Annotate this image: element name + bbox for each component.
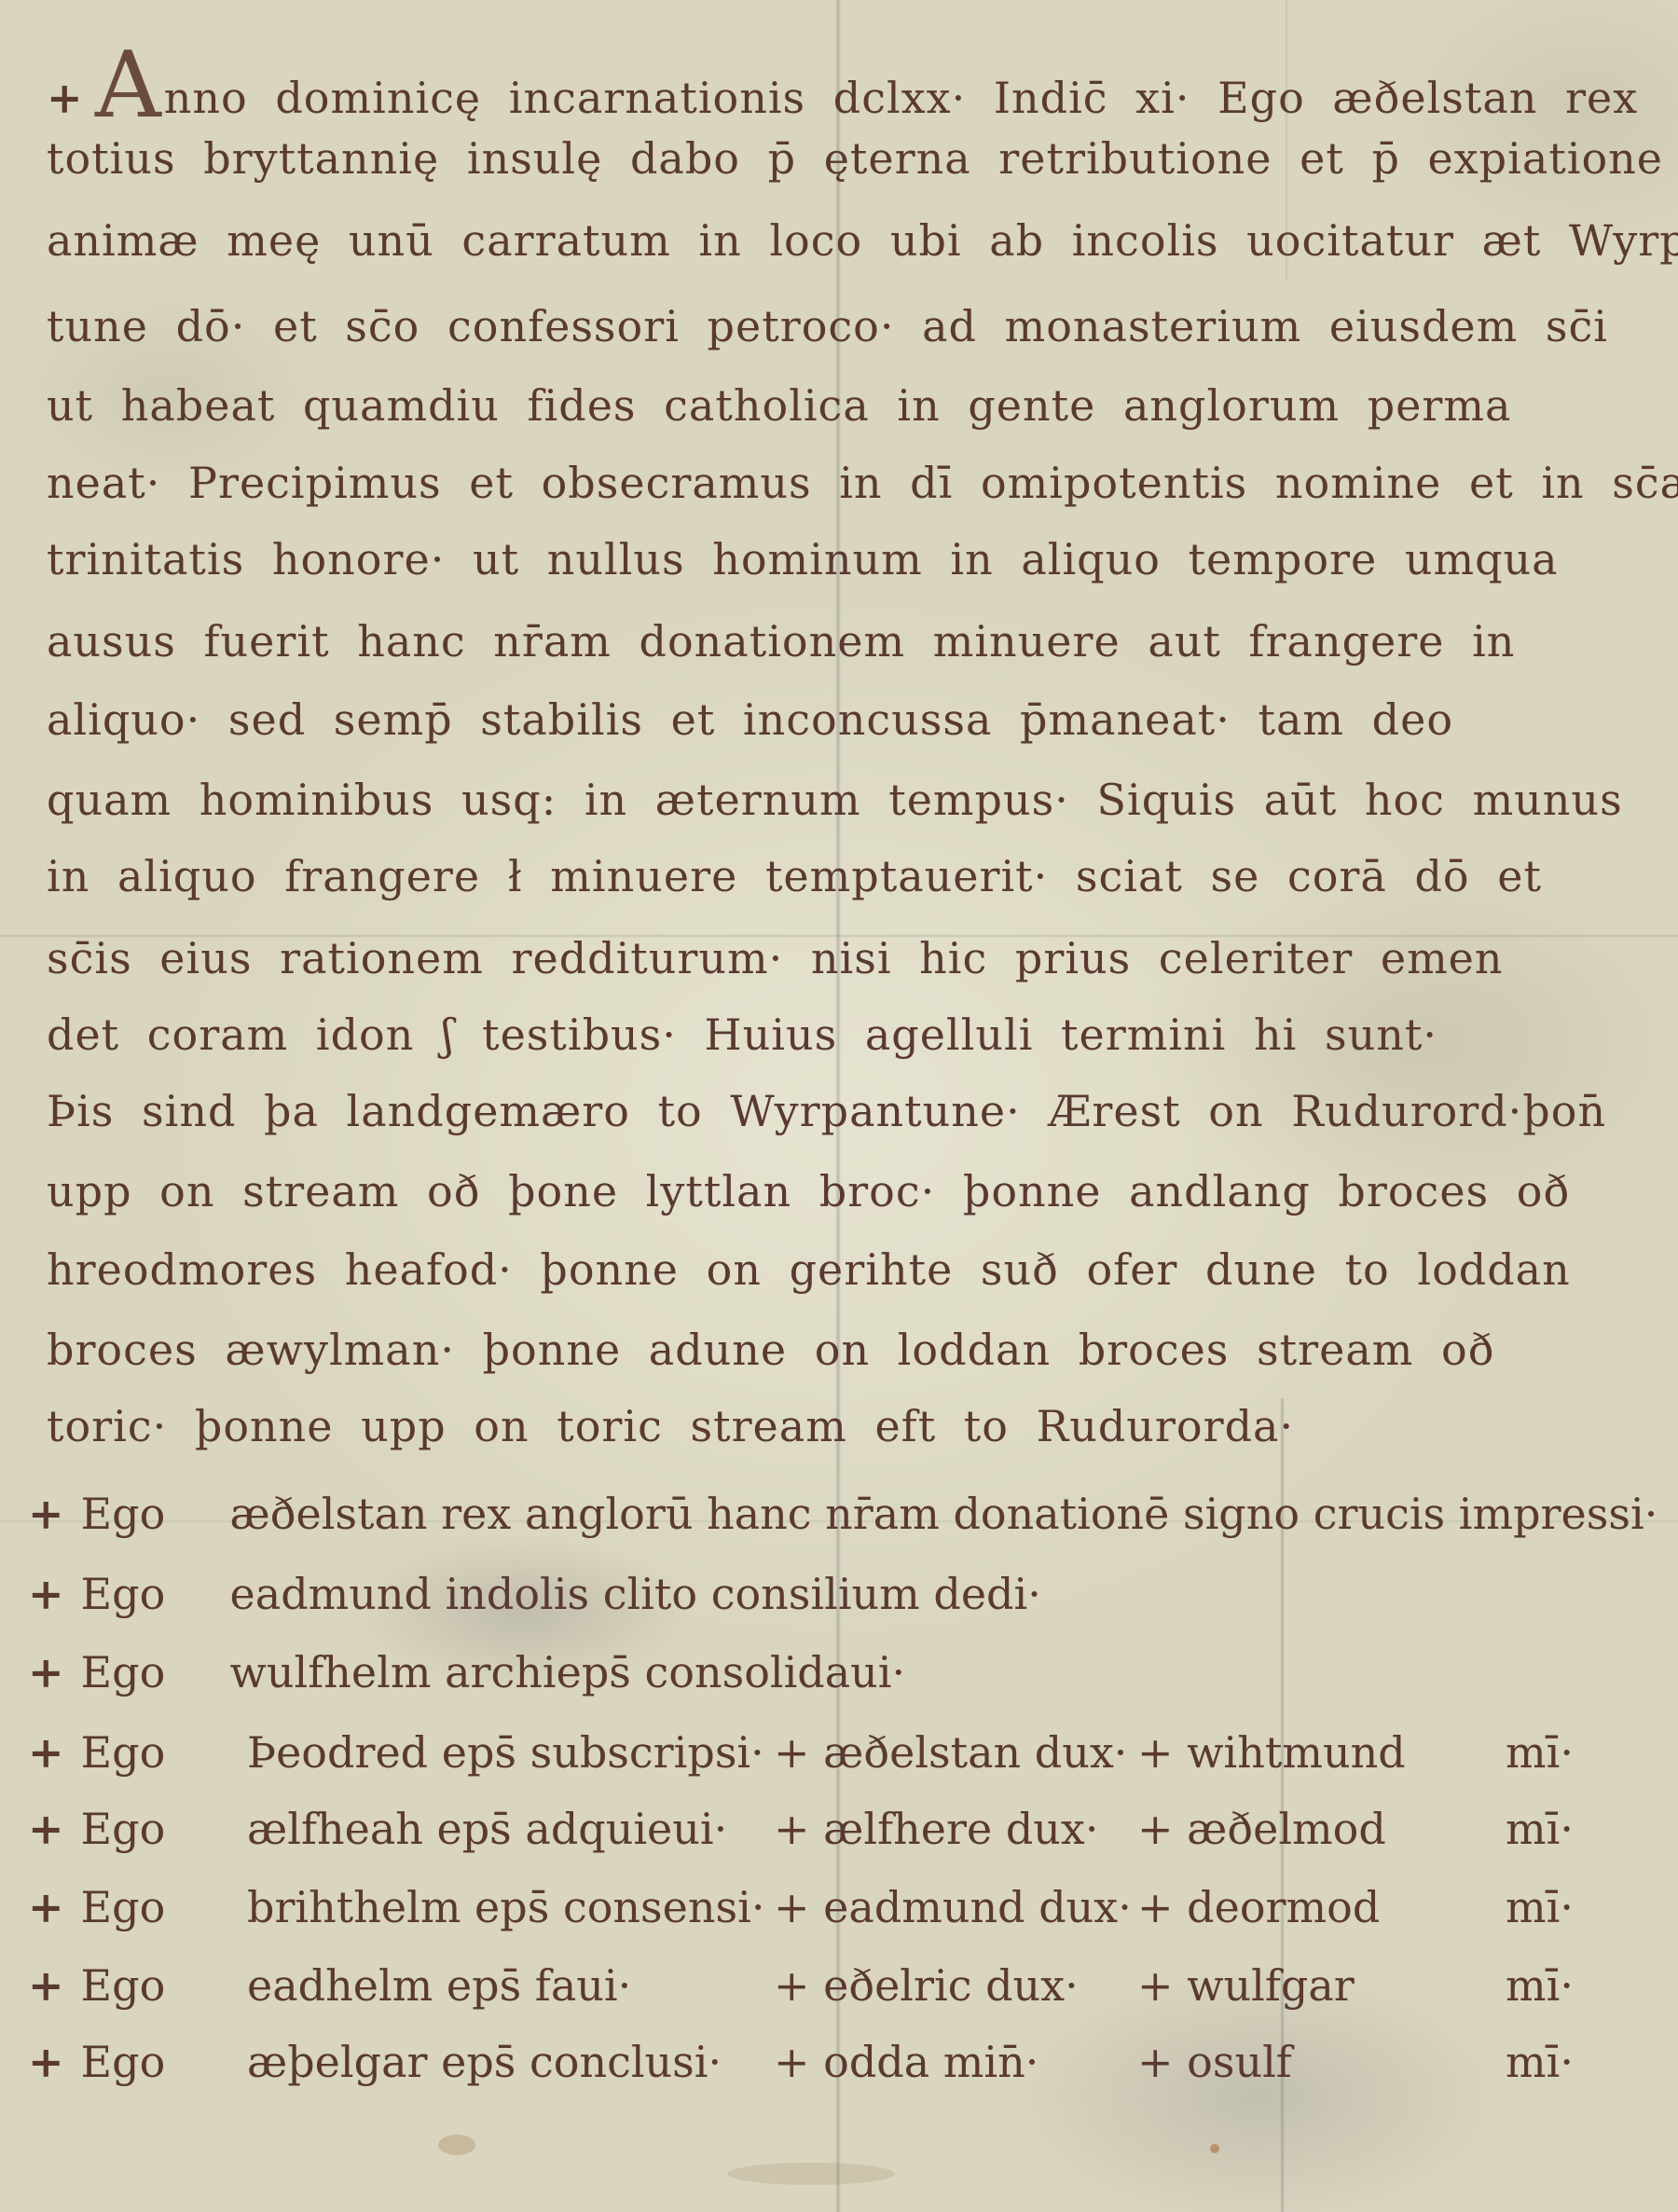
body-line-9: aliquo· sed semp̄ stabilis et inconcussa…: [47, 692, 1650, 748]
ego-label: Ego: [81, 1879, 230, 1935]
bishop-witness: eadhelm eps̄ faui·: [247, 1958, 631, 2013]
line-text: ut habeat quamdiu fides catholica in gen…: [47, 380, 1511, 431]
line-text: sc̄is eius rationem redditurum· nisi hic…: [47, 933, 1504, 983]
line-text: ausus fuerit hanc nr̄am donationem minue…: [47, 616, 1515, 666]
line-text: det coram idon ʃ testibus· Huius agellul…: [47, 1010, 1437, 1060]
minister-witness: + æðelmod: [1137, 1801, 1386, 1857]
ego-label: Ego: [81, 1724, 230, 1780]
ego-label: Ego: [81, 1644, 230, 1700]
ego-label: Ego: [81, 1801, 230, 1857]
witness-row-2: +Egoeadmund indolis clito consilium dedi…: [28, 1566, 1659, 1622]
line-text: animæ meę unū carratum in loco ubi ab in…: [47, 215, 1678, 266]
minister-witness: + wihtmund: [1137, 1724, 1406, 1780]
body-line-1: +Anno dominicę incarnationis dclxx· Indi…: [47, 58, 1650, 126]
bounds-line-4: broces æwylman· þonne adune on loddan br…: [47, 1322, 1650, 1378]
minister-title: mī·: [1506, 1879, 1574, 1935]
cross-icon: +: [28, 2037, 64, 2087]
cross-icon: +: [28, 1804, 64, 1854]
witness-text: wulfhelm archieps̄ consolidaui·: [230, 1647, 906, 1697]
bishop-witness: ælfheah eps̄ adquieui·: [247, 1801, 727, 1857]
minister-title: mī·: [1506, 2034, 1574, 2090]
witness-text: æðelstan rex anglorū hanc nr̄am donation…: [230, 1489, 1658, 1539]
ego-label: Ego: [81, 1566, 230, 1622]
bounds-line-5: toric· þonne upp on toric stream eft to …: [47, 1398, 1650, 1454]
dux-witness: + ælfhere dux·: [774, 1801, 1098, 1857]
bishop-witness: Þeodred eps̄ subscripsi·: [247, 1724, 764, 1780]
body-line-13: det coram idon ʃ testibus· Huius agellul…: [47, 1007, 1650, 1063]
dux-witness: + æðelstan dux·: [774, 1724, 1127, 1780]
witness-row-5: +Ego ælfheah eps̄ adquieui· + ælfhere du…: [28, 1801, 1659, 1857]
body-line-2: totius bryttannię insulę dabo p̄ ęterna …: [47, 131, 1650, 186]
body-line-6: neat· Precipimus et obsecramus in dī omi…: [47, 455, 1650, 511]
line-text: tune dō· et sc̄o confessori petroco· ad …: [47, 301, 1608, 351]
minister-witness: + deormod: [1137, 1879, 1380, 1935]
charter-text: +Anno dominicę incarnationis dclxx· Indi…: [0, 0, 1678, 2212]
line-text: nno dominicę incarnationis dclxx· Indic̄…: [164, 73, 1638, 123]
cross-icon: +: [28, 1960, 64, 2011]
body-line-12: sc̄is eius rationem redditurum· nisi hic…: [47, 930, 1650, 986]
bounds-line-2: upp on stream oð þone lyttlan broc· þonn…: [47, 1163, 1650, 1219]
body-line-10: quam hominibus usq: in æternum tempus· S…: [47, 772, 1650, 828]
witness-row-6: +Ego brihthelm eps̄ consensi· + eadmund …: [28, 1879, 1659, 1935]
bounds-line-1: Þis sind þa landgemæro to Wyrpantune· Ær…: [47, 1083, 1650, 1139]
minister-title: mī·: [1506, 1958, 1574, 2013]
body-line-4: tune dō· et sc̄o confessori petroco· ad …: [47, 298, 1650, 354]
dux-witness: + eadmund dux·: [774, 1879, 1132, 1935]
line-text: Þis sind þa landgemæro to Wyrpantune· Ær…: [47, 1086, 1606, 1136]
minister-title: mī·: [1506, 1801, 1574, 1857]
body-line-3: animæ meę unū carratum in loco ubi ab in…: [47, 213, 1650, 268]
minister-witness: + osulf: [1137, 2034, 1292, 2090]
body-line-5: ut habeat quamdiu fides catholica in gen…: [47, 378, 1650, 433]
cross-icon: +: [28, 1882, 64, 1932]
bounds-line-3: hreodmores heafod· þonne on gerihte suð …: [47, 1242, 1650, 1298]
minister-witness: + wulfgar: [1137, 1958, 1355, 2013]
ego-label: Ego: [81, 1486, 230, 1542]
decorated-initial: A: [95, 33, 162, 139]
line-text: neat· Precipimus et obsecramus in dī omi…: [47, 458, 1678, 508]
cross-icon: +: [28, 1569, 64, 1619]
ego-label: Ego: [81, 1958, 230, 2013]
body-line-7: trinitatis honore· ut nullus hominum in …: [47, 531, 1650, 587]
invocation-cross-icon: +: [47, 70, 75, 126]
dux-witness: + eðelric dux·: [774, 1958, 1079, 2013]
line-text: upp on stream oð þone lyttlan broc· þonn…: [47, 1166, 1570, 1216]
witness-row-7: +Ego eadhelm eps̄ faui· + eðelric dux· +…: [28, 1958, 1659, 2013]
line-text: broces æwylman· þonne adune on loddan br…: [47, 1325, 1494, 1375]
line-text: quam hominibus usq: in æternum tempus· S…: [47, 775, 1623, 825]
body-line-8: ausus fuerit hanc nr̄am donationem minue…: [47, 613, 1650, 669]
line-text: in aliquo frangere ł minuere temptauerit…: [47, 851, 1542, 901]
line-text: totius bryttannię insulę dabo p̄ ęterna …: [47, 133, 1663, 184]
line-text: hreodmores heafod· þonne on gerihte suð …: [47, 1244, 1571, 1295]
witness-row-1: +Egoæðelstan rex anglorū hanc nr̄am dona…: [28, 1486, 1659, 1542]
bishop-witness: æþelgar eps̄ conclusi·: [247, 2034, 722, 2090]
body-line-11: in aliquo frangere ł minuere temptauerit…: [47, 848, 1650, 904]
witness-text: eadmund indolis clito consilium dedi·: [230, 1569, 1041, 1619]
minister-title: mī·: [1506, 1724, 1574, 1780]
minister-witness: + odda min̄·: [774, 2034, 1038, 2090]
witness-row-3: +Egowulfhelm archieps̄ consolidaui·: [28, 1644, 1659, 1700]
witness-row-8: +Ego æþelgar eps̄ conclusi· + odda min̄·…: [28, 2034, 1659, 2090]
ego-label: Ego: [81, 2034, 230, 2090]
cross-icon: +: [28, 1489, 64, 1539]
line-text: aliquo· sed semp̄ stabilis et inconcussa…: [47, 694, 1453, 745]
cross-icon: +: [28, 1647, 64, 1697]
witness-row-4: +Ego Þeodred eps̄ subscripsi· + æðelstan…: [28, 1724, 1659, 1780]
cross-icon: +: [28, 1727, 64, 1778]
bishop-witness: brihthelm eps̄ consensi·: [247, 1879, 764, 1935]
line-text: toric· þonne upp on toric stream eft to …: [47, 1401, 1294, 1451]
line-text: trinitatis honore· ut nullus hominum in …: [47, 534, 1559, 584]
